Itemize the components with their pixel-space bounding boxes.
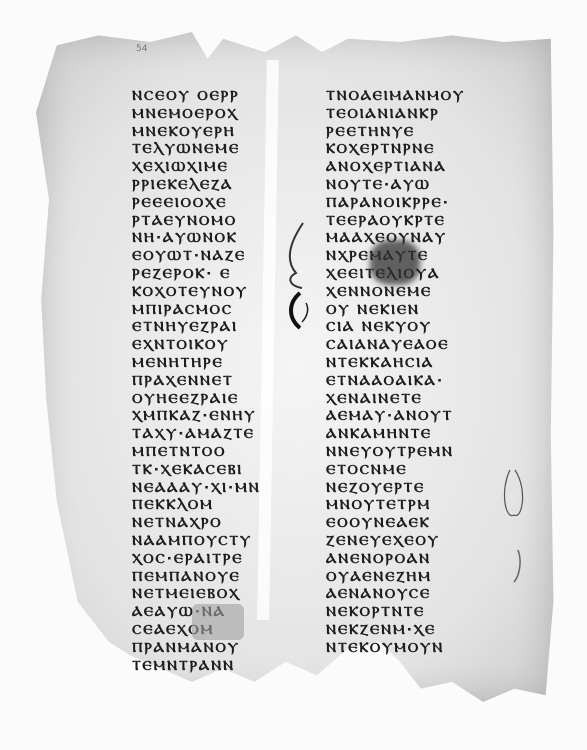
text-line: ⲘⲚⲈⲔⲞⲨⲈⲢⲎ — [132, 124, 261, 142]
text-line: ⲚⲤⲈⲞⲨ ⲞⲈⲢⲢ — [132, 88, 261, 106]
text-line: ⲀⲚⲔⲀⲘⲎⲚⲦⲈ — [326, 426, 465, 444]
text-line: ⲦⲈⲖⲨⲰⲚⲈⲘⲈ — [132, 141, 261, 159]
right-text-column: ⲦⲚⲞⲀⲈⲒⲘⲀⲚⲘⲞⲨⲦⲈⲞⲒⲀⲚⲒⲀⲚⲔⲢⲢⲈⲈⲦⲎⲚⲨⲈⲔⲞⲬⲈⲢⲦⲚⲢⲚ… — [326, 88, 465, 658]
text-line: ⲦⲈⲈⲢⲀⲞⲨⲔⲢⲦⲈ — [326, 213, 465, 231]
text-line: ⲞⲨⲀⲈⲚⲈⲌⲎⲘ — [326, 569, 465, 587]
text-line: ⲠⲈⲘⲠⲀⲚⲞⲨⲈ — [132, 569, 261, 587]
text-line: ⲈⲦⲚⲀⲀⲞⲀⲒⲔⲀ· — [326, 373, 465, 391]
text-line: ⲠⲢⲀⲬⲈⲚⲚⲈⲦ — [132, 373, 261, 391]
patch-mark — [192, 604, 244, 640]
text-line: ⲚⲀⲀⲘⲠⲞⲨⲤⲦⲨ — [132, 533, 261, 551]
left-text-column: ⲚⲤⲈⲞⲨ ⲞⲈⲢⲢⲘⲚⲈⲘⲞⲈⲢⲞⲬⲘⲚⲈⲔⲞⲨⲈⲢⲎⲦⲈⲖⲨⲰⲚⲈⲘⲈⲬⲈⲬ… — [132, 88, 261, 675]
text-line: ⲦⲚⲞⲀⲈⲒⲘⲀⲚⲘⲞⲨ — [326, 88, 465, 106]
text-line: ⲚⲦⲈⲔⲞⲨⲘⲞⲨⲚ — [326, 640, 465, 658]
text-line: ⲚⲈⲦⲚⲀⲬⲢⲞ — [132, 515, 261, 533]
text-line: ⲚⲈⲀⲀⲀⲨ·ⲬⲒ·ⲘⲚ — [132, 480, 261, 498]
marginal-drawing-icon — [500, 440, 540, 590]
text-line: ⲔⲞⲬⲈⲢⲦⲚⲢⲚⲈ — [326, 141, 465, 159]
text-line: ⲢⲈⲌⲈⲢⲞⲔ· Ⲉ — [132, 266, 261, 284]
text-line: ⲀⲚⲈⲚⲞⲢⲞⲀⲚ — [326, 551, 465, 569]
text-line: ⲘⲈⲚⲎⲦⲎⲢⲈ — [132, 355, 261, 373]
ornamental-initial-icon — [278, 218, 318, 338]
text-line: ⲘⲠⲒⲢⲀⲤⲘⲞⲤ — [132, 302, 261, 320]
text-line: ⲢⲈⲈⲈⲒⲞⲞⲬⲈ — [132, 195, 261, 213]
text-line: ⲬⲘⲠⲔⲀⲌ·ⲈⲚⲎⲨ — [132, 408, 261, 426]
text-line: ⲌⲈⲚⲈⲨⲈⲬⲈⲞⲨ — [326, 533, 465, 551]
text-line: ⲚⲈⲔⲌⲈⲚⲘ·ⲬⲈ — [326, 622, 465, 640]
text-line: ⲦⲀⲬⲨ·ⲀⲘⲀⲌⲦⲈ — [132, 426, 261, 444]
text-line: ⲦⲔ·ⲬⲈⲔⲀⲤⲈⲂⲒ — [132, 462, 261, 480]
text-line: ⲞⲨⲎⲈⲈⲌⲢⲀⲒⲈ — [132, 391, 261, 409]
text-line: ⲈⲦⲞⲤⲚⲘⲈ — [326, 462, 465, 480]
text-line: ⲚⲈⲔⲞⲢⲦⲚⲦⲈ — [326, 604, 465, 622]
text-line: ⲬⲈⲚⲚⲞⲚⲈⲘⲈ — [326, 284, 465, 302]
folio-number: 54 — [136, 44, 147, 54]
text-line: ⲢⲦⲀⲈⲨⲚⲞⲘⲞ — [132, 213, 261, 231]
text-line: ⲢⲈⲈⲦⲎⲚⲨⲈ — [326, 124, 465, 142]
text-line: ⲢⲢⲒⲈⲔⲈⲖⲈⲌⲀ — [132, 177, 261, 195]
text-line: ⲦⲈⲞⲒⲀⲚⲒⲀⲚⲔⲢ — [326, 106, 465, 124]
text-line: ⲚⲞⲨⲦⲈ·ⲀⲨⲰ — [326, 177, 465, 195]
text-line: ⲀⲈⲚⲀⲚⲞⲨⲤⲈ — [326, 586, 465, 604]
text-line: ⲚⲦⲈⲔⲔⲀⲎⲤⲒⲀ — [326, 355, 465, 373]
text-line: ⲀⲈⲘⲀⲨ·ⲀⲚⲞⲨⲦ — [326, 408, 465, 426]
manuscript-leaf — [36, 32, 556, 702]
text-line: ⲀⲚⲞⲬⲈⲢⲦⲒⲀⲚⲀ — [326, 159, 465, 177]
text-line: ⲈⲞⲞⲨⲚⲈⲀⲈⲔ — [326, 515, 465, 533]
text-line: ⲘⲠⲈⲦⲚⲦⲞⲞ — [132, 444, 261, 462]
text-line: ⲔⲞⲬⲞⲦⲈⲨⲚⲞⲨ — [132, 284, 261, 302]
text-line: ⲈⲞⲨⲰⲦ·ⲚⲀⲌⲈ — [132, 248, 261, 266]
text-line: ⲠⲀⲢⲀⲚⲞⲒⲔⲢⲢⲈ· — [326, 195, 465, 213]
text-line: ⲚⲎ·ⲀⲨⲰⲚⲞⲔ — [132, 230, 261, 248]
text-line: ⲠⲈⲔⲔⲖⲞⲘ — [132, 497, 261, 515]
text-line: ⲤⲀⲒⲀⲚⲀⲨⲈⲀⲞⲈ — [326, 337, 465, 355]
text-line: ⲞⲨ ⲚⲈⲔⲒⲈⲚ — [326, 302, 465, 320]
text-line: ⲬⲈⲚⲀⲒⲚⲈⲦⲈ — [326, 391, 465, 409]
text-line: ⲚⲈⲦⲘⲈⲒⲈⲂⲞⲬ — [132, 586, 261, 604]
ink-stain — [370, 240, 420, 285]
text-line: ⲚⲚⲈⲨⲞⲨⲦⲢⲈⲘⲚ — [326, 444, 465, 462]
text-line: ⲬⲈⲬⲒⲰⲬⲒⲘⲈ — [132, 159, 261, 177]
text-line: ⲈⲦⲚⲎⲨⲈⲌⲢⲀⲒ — [132, 319, 261, 337]
text-line: ⲦⲈⲘⲚⲦⲢⲀⲚⲚ — [132, 658, 261, 676]
text-line: ⲬⲞⲤ·ⲈⲢⲀⲒⲦⲢⲈ — [132, 551, 261, 569]
text-line: ⲘⲚⲈⲘⲞⲈⲢⲞⲬ — [132, 106, 261, 124]
text-line: ⲚⲈⲌⲞⲨⲈⲢⲦⲈ — [326, 480, 465, 498]
text-line: ⲠⲢⲀⲚⲘⲀⲚⲞⲨ — [132, 640, 261, 658]
text-line: ⲘⲚⲞⲨⲦⲈⲦⲢⲘ — [326, 497, 465, 515]
text-line: ⲤⲒⲀ ⲚⲈⲔⲨⲞⲨ — [326, 319, 465, 337]
text-line: ⲈⲬⲚⲦⲞⲒⲔⲞⲨ — [132, 337, 261, 355]
